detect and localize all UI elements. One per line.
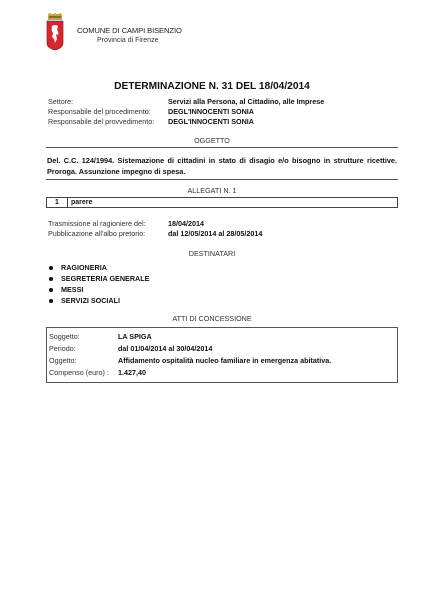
info-value-resp-procedimento: DEGL'INNOCENTI SONIA — [168, 107, 254, 116]
concessione-value-periodo: dal 01/04/2014 al 30/04/2014 — [118, 344, 212, 353]
recipient-item: RAGIONERIA — [61, 263, 107, 272]
attachment-number: 1 — [47, 198, 68, 207]
concessione-heading: ATTI DI CONCESSIONE — [0, 314, 424, 323]
municipality-name: COMUNE DI CAMPI BISENZIO — [77, 26, 182, 35]
recipient-item: SERVIZI SOCIALI — [61, 296, 120, 305]
concessione-label-compenso: Compenso (euro) : — [49, 368, 109, 377]
date-value-trasmissione: 18/04/2014 — [168, 219, 204, 228]
province-name: Provincia di Firenze — [97, 37, 158, 44]
concessione-value-compenso: 1.427,40 — [118, 368, 146, 377]
bullet-icon — [49, 266, 53, 270]
oggetto-heading: OGGETTO — [0, 136, 424, 145]
concessione-label-soggetto: Soggetto: — [49, 332, 80, 341]
info-value-settore: Servizi alla Persona, al Cittadino, alle… — [168, 97, 324, 106]
document-title: DETERMINAZIONE N. 31 DEL 18/04/2014 — [0, 81, 424, 92]
divider — [46, 179, 398, 180]
recipient-item: MESSI — [61, 285, 83, 294]
info-value-resp-provvedimento: DEGL'INNOCENTI SONIA — [168, 117, 254, 126]
concessione-value-oggetto: Affidamento ospitalità nucleo familiare … — [118, 356, 331, 365]
info-label-settore: Settore: — [48, 97, 73, 106]
date-value-pubblicazione: dal 12/05/2014 al 28/05/2014 — [168, 229, 262, 238]
bullet-icon — [49, 277, 53, 281]
info-label-resp-procedimento: Responsabile del procedimento: — [48, 107, 151, 116]
concessione-value-soggetto: LA SPIGA — [118, 332, 152, 341]
date-label-pubblicazione: Pubblicazione all'albo pretorio: — [48, 229, 145, 238]
destinatari-heading: DESTINATARI — [0, 249, 424, 258]
recipient-item: SEGRETERIA GENERALE — [61, 274, 149, 283]
attachment-row[interactable]: 1 parere — [46, 197, 398, 208]
info-label-resp-provvedimento: Responsabile del provvedimento: — [48, 117, 154, 126]
bullet-icon — [49, 288, 53, 292]
concessione-label-periodo: Periodo: — [49, 344, 76, 353]
bullet-icon — [49, 299, 53, 303]
coat-of-arms-icon — [46, 13, 64, 51]
concessione-label-oggetto: Oggetto: — [49, 356, 77, 365]
divider — [46, 147, 398, 148]
attachment-name: parere — [71, 198, 92, 207]
date-label-trasmissione: Trasmissione al ragioniere del: — [48, 219, 146, 228]
allegati-heading: ALLEGATI N. 1 — [0, 186, 424, 195]
oggetto-text: Del. C.C. 124/1994. Sistemazione di citt… — [47, 155, 397, 177]
